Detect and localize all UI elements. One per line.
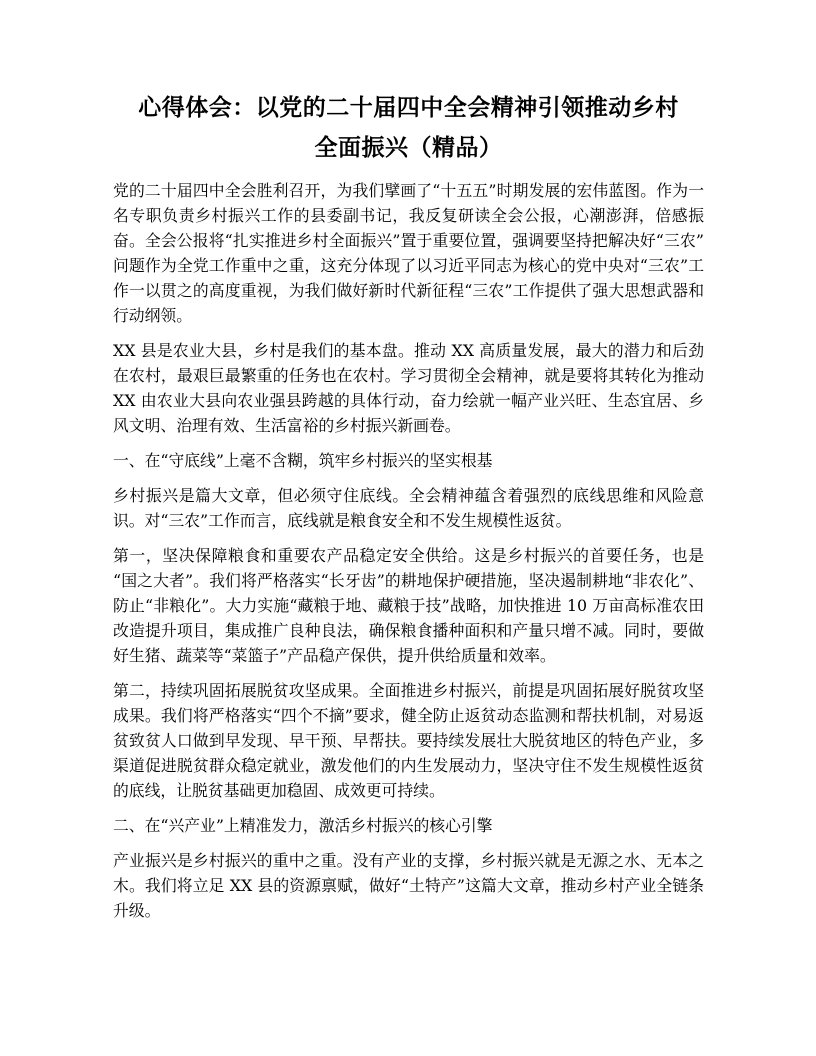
paragraph-industry: 产业振兴是乡村振兴的重中之重。没有产业的支撑，乡村振兴就是无源之水、无本之木。我… [113, 848, 704, 923]
paragraph-bottom-line: 乡村振兴是篇大文章，但必须守住底线。全会精神蕴含着强烈的底线思维和风险意识。对“… [113, 483, 704, 533]
paragraph-county-context: XX 县是农业大县，乡村是我们的基本盘。推动 XX 高质量发展，最大的潜力和后劲… [113, 338, 704, 438]
paragraph-poverty-alleviation: 第二，持续巩固拓展脱贫攻坚成果。全面推进乡村振兴，前提是巩固拓展好脱贫攻坚成果。… [113, 678, 704, 803]
paragraph-intro: 党的二十届四中全会胜利召开，为我们擘画了“十五五”时期发展的宏伟蓝图。作为一名专… [113, 178, 704, 328]
document-title-line-2: 全面振兴（精品） [113, 128, 704, 168]
document-page: 心得体会：以党的二十届四中全会精神引领推动乡村 全面振兴（精品） 党的二十届四中… [0, 0, 816, 1056]
document-title-line-1: 心得体会：以党的二十届四中全会精神引领推动乡村 [113, 88, 704, 128]
section-heading-2: 二、在“兴产业”上精准发力，激活乡村振兴的核心引擎 [113, 813, 704, 838]
paragraph-grain-security: 第一，坚决保障粮食和重要农产品稳定安全供给。这是乡村振兴的首要任务，也是“国之大… [113, 543, 704, 668]
document-title: 心得体会：以党的二十届四中全会精神引领推动乡村 全面振兴（精品） [113, 88, 704, 168]
section-heading-1: 一、在“守底线”上毫不含糊，筑牢乡村振兴的坚实根基 [113, 448, 704, 473]
